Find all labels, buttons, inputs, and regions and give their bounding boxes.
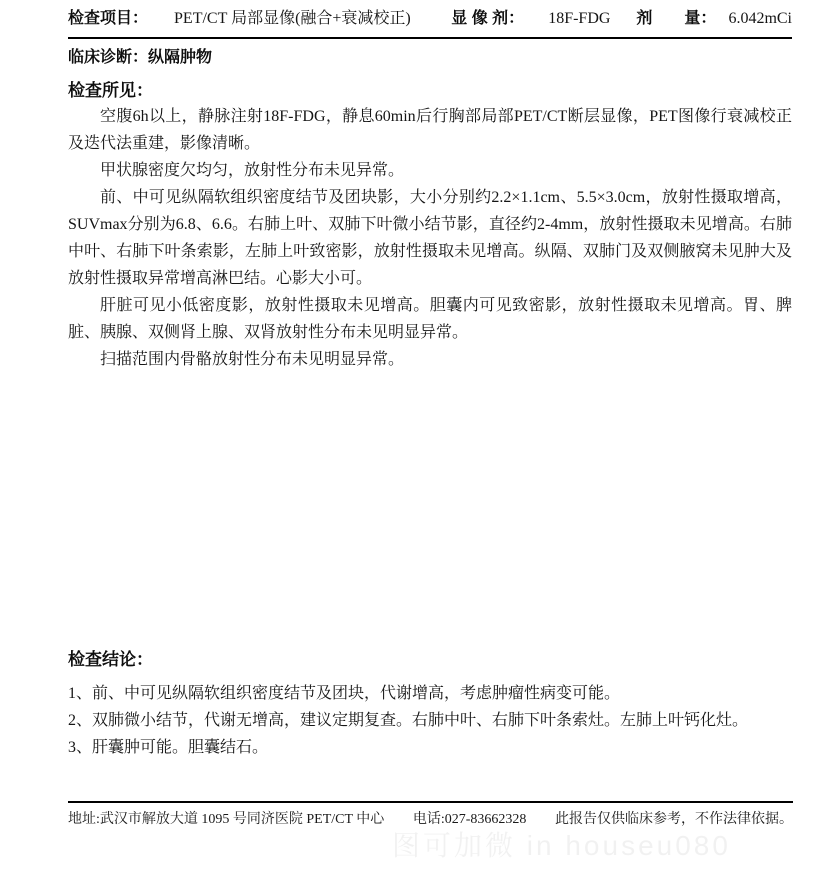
clinical-diagnosis-label: 临床诊断： — [68, 49, 148, 66]
footer-disclaimer: 此报告仅供临床参考，不作法律依据。 — [555, 811, 793, 829]
conclusion-item-3: 3、肝囊肿可能。胆囊结石。 — [68, 734, 792, 761]
conclusion-list: 1、前、中可见纵隔软组织密度结节及团块，代谢增高，考虑肿瘤性病变可能。 2、双肺… — [68, 680, 792, 761]
findings-paragraph-4: 肝脏可见小低密度影，放射性摄取未见增高。胆囊内可见致密影，放射性摄取未见增高。胃… — [68, 292, 792, 346]
exam-item-value: PET/CT 局部显像(融合+衰减校正) — [174, 8, 411, 30]
footer-phone: 电话:027-83662328 — [413, 811, 527, 829]
tracer-value: 18F-FDG — [548, 8, 610, 30]
findings-paragraph-3: 前、中可见纵隔软组织密度结节及团块影，大小分别约2.2×1.1cm、5.5×3.… — [68, 184, 792, 292]
dose-label: 剂 量： — [636, 8, 716, 30]
findings-heading: 检查所见： — [68, 79, 792, 103]
exam-item-label: 检查项目： — [68, 8, 148, 30]
tracer-label: 显 像 剂： — [451, 8, 524, 30]
conclusion-item-2: 2、双肺微小结节，代谢无增高，建议定期复查。右肺中叶、右肺下叶条索灶。左肺上叶钙… — [68, 707, 792, 734]
clinical-diagnosis-value: 纵隔肿物 — [148, 49, 212, 66]
footer-address: 地址:武汉市解放大道 1095 号同济医院 PET/CT 中心 — [68, 811, 384, 829]
findings-paragraph-1: 空腹6h以上，静脉注射18F-FDG，静息60min后行胸部局部PET/CT断层… — [68, 103, 792, 157]
conclusion-item-1: 1、前、中可见纵隔软组织密度结节及团块，代谢增高，考虑肿瘤性病变可能。 — [68, 680, 792, 707]
dose-value: 6.042mCi — [728, 8, 792, 30]
report-page: 检查项目： PET/CT 局部显像(融合+衰减校正) 显 像 剂： 18F-FD… — [0, 0, 826, 871]
clinical-diagnosis-line: 临床诊断：纵隔肿物 — [68, 47, 792, 69]
faint-watermark: 图可加微 in houseu080 — [392, 824, 731, 864]
findings-body: 空腹6h以上，静脉注射18F-FDG，静息60min后行胸部局部PET/CT断层… — [68, 103, 792, 373]
findings-paragraph-2: 甲状腺密度欠均匀，放射性分布未见异常。 — [68, 157, 792, 184]
report-header: 检查项目： PET/CT 局部显像(融合+衰减校正) 显 像 剂： 18F-FD… — [68, 8, 792, 39]
report-footer: 地址:武汉市解放大道 1095 号同济医院 PET/CT 中心 电话:027-8… — [68, 801, 793, 829]
conclusion-heading: 检查结论： — [68, 648, 792, 672]
findings-paragraph-5: 扫描范围内骨骼放射性分布未见明显异常。 — [68, 346, 792, 373]
